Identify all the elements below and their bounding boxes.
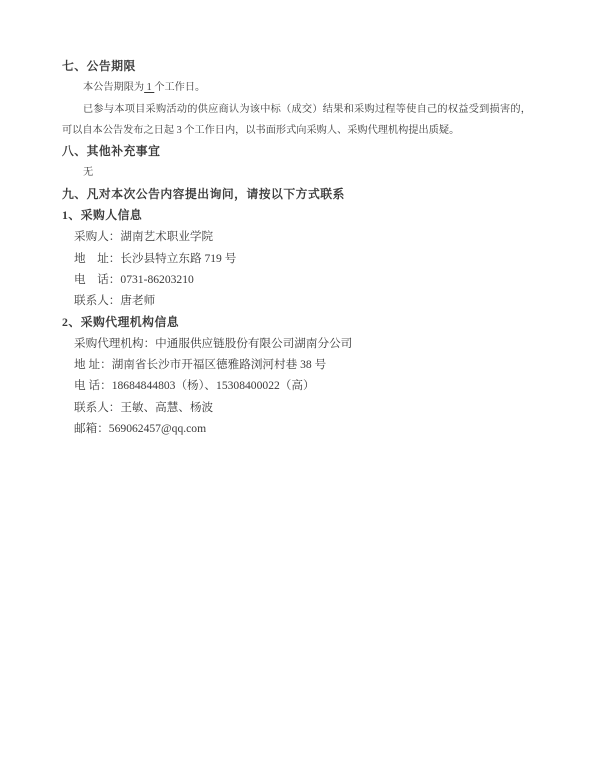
objection-paragraph: 已参与本项目采购活动的供应商认为该中标（成交）结果和采购过程等使自己的权益受到损… bbox=[62, 99, 531, 142]
agency-name-value: 中通服供应链股份有限公司湖南分公司 bbox=[155, 337, 352, 350]
agency-name-label: 采购代理机构： bbox=[74, 337, 155, 350]
purchaser-contact-row: 联系人：唐老师 bbox=[74, 290, 531, 311]
agency-phone-label: 电 话： bbox=[74, 379, 112, 392]
document-page: 七、公告期限 本公告期限为 1 个工作日。 已参与本项目采购活动的供应商认为该中… bbox=[0, 0, 593, 768]
agency-email-value: 569062457@qq.com bbox=[109, 422, 206, 435]
purchaser-name-value: 湖南艺术职业学院 bbox=[120, 230, 213, 243]
agency-address-value: 湖南省长沙市开福区德雅路浏河村巷 38 号 bbox=[112, 358, 327, 371]
purchaser-name-label: 采购人： bbox=[74, 230, 120, 243]
purchaser-contact-value: 唐老师 bbox=[120, 294, 155, 307]
period-days-underlined: 1 bbox=[144, 82, 154, 93]
agency-email-row: 邮箱：569062457@qq.com bbox=[74, 418, 531, 439]
purchaser-name-row: 采购人：湖南艺术职业学院 bbox=[74, 226, 531, 247]
agency-name-row: 采购代理机构：中通服供应链股份有限公司湖南分公司 bbox=[74, 333, 531, 354]
agency-address-label: 地 址： bbox=[74, 358, 112, 371]
agency-contact-label: 联系人： bbox=[74, 401, 120, 414]
purchaser-phone-row: 电 话：0731-86203210 bbox=[74, 269, 531, 290]
agency-info-heading: 2、采购代理机构信息 bbox=[62, 312, 531, 333]
purchaser-info-heading: 1、采购人信息 bbox=[62, 205, 531, 226]
section7-heading: 七、公告期限 bbox=[62, 56, 531, 77]
agency-contact-value: 王敏、高慧、杨波 bbox=[120, 401, 213, 414]
purchaser-phone-label: 电 话： bbox=[74, 273, 120, 286]
period-suffix: 个工作日。 bbox=[154, 82, 205, 93]
section8-content: 无 bbox=[62, 162, 531, 183]
agency-phone-row: 电 话：18684844803（杨）、15308400022（高） bbox=[74, 375, 531, 396]
agency-phone-value: 18684844803（杨）、15308400022（高） bbox=[112, 379, 315, 392]
section9-heading: 九、凡对本次公告内容提出询问，请按以下方式联系 bbox=[62, 184, 531, 205]
purchaser-phone-value: 0731-86203210 bbox=[120, 273, 193, 286]
purchaser-address-label: 地 址： bbox=[74, 252, 120, 265]
purchaser-address-row: 地 址：长沙县特立东路 719 号 bbox=[74, 248, 531, 269]
agency-email-label: 邮箱： bbox=[74, 422, 109, 435]
section8-heading: 八、其他补充事宜 bbox=[62, 141, 531, 162]
agency-contact-row: 联系人：王敏、高慧、杨波 bbox=[74, 397, 531, 418]
announcement-period-line: 本公告期限为 1 个工作日。 bbox=[62, 77, 531, 98]
purchaser-address-value: 长沙县特立东路 719 号 bbox=[120, 252, 236, 265]
period-prefix: 本公告期限为 bbox=[83, 82, 144, 93]
purchaser-contact-label: 联系人： bbox=[74, 294, 120, 307]
agency-address-row: 地 址：湖南省长沙市开福区德雅路浏河村巷 38 号 bbox=[74, 354, 531, 375]
